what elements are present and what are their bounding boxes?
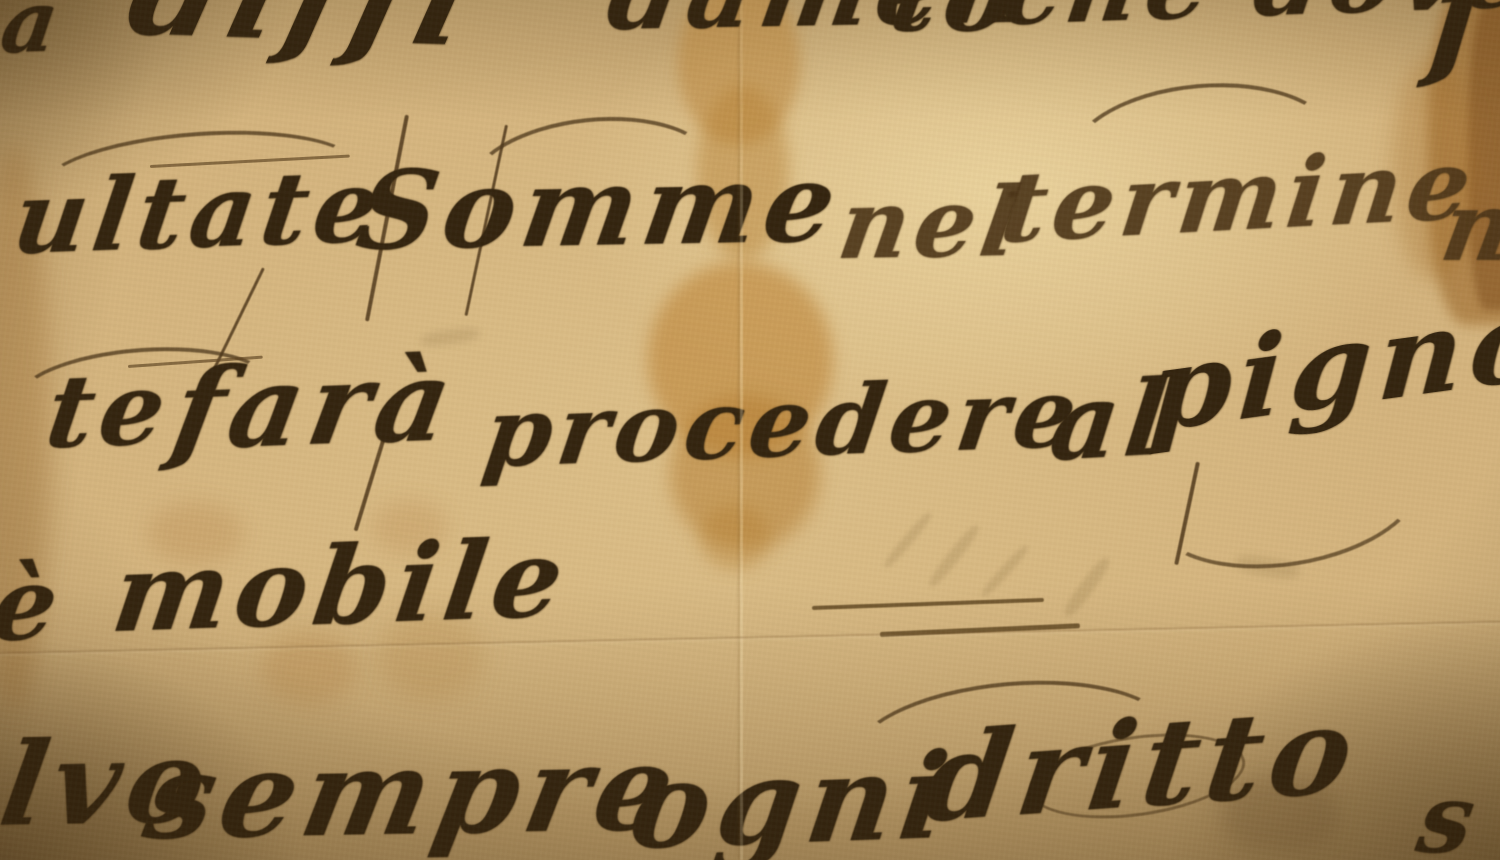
handwriting-word: ultate	[8, 155, 392, 268]
handwriting-word: te	[41, 358, 178, 462]
bleed-through-mark	[882, 510, 935, 570]
bleed-through-mark	[926, 522, 982, 589]
handwriting-word: ogni	[623, 737, 962, 860]
handwriting-word: farà	[165, 345, 466, 467]
handwriting-word: a	[0, 0, 69, 67]
bleed-through-mark	[1061, 555, 1113, 620]
handwriting-word: pigno	[1147, 280, 1500, 448]
handwriting-word: Somme	[351, 150, 849, 266]
handwriting-word: sempre	[137, 729, 691, 856]
handwriting-word: è	[0, 553, 70, 655]
bleed-through-mark	[979, 543, 1031, 599]
handwriting-word: f	[1424, 0, 1500, 82]
flourish-dash-line	[812, 598, 1044, 610]
handwriting-word: mobile	[107, 524, 576, 648]
handwriting-word: dritto	[918, 690, 1367, 839]
handwriting-word: diffi	[117, 0, 493, 66]
manuscript-photo: a diffi damen to che dovè f ultate Somme…	[0, 0, 1500, 860]
handwriting-word: s	[1411, 772, 1487, 860]
handwriting-word: termine	[996, 135, 1482, 256]
stain-center-middle-tail	[700, 505, 770, 570]
handwriting-word: procedere	[478, 364, 1088, 481]
handwriting-word: che dovè	[996, 0, 1500, 40]
vertical-fold-crease	[740, 0, 743, 860]
